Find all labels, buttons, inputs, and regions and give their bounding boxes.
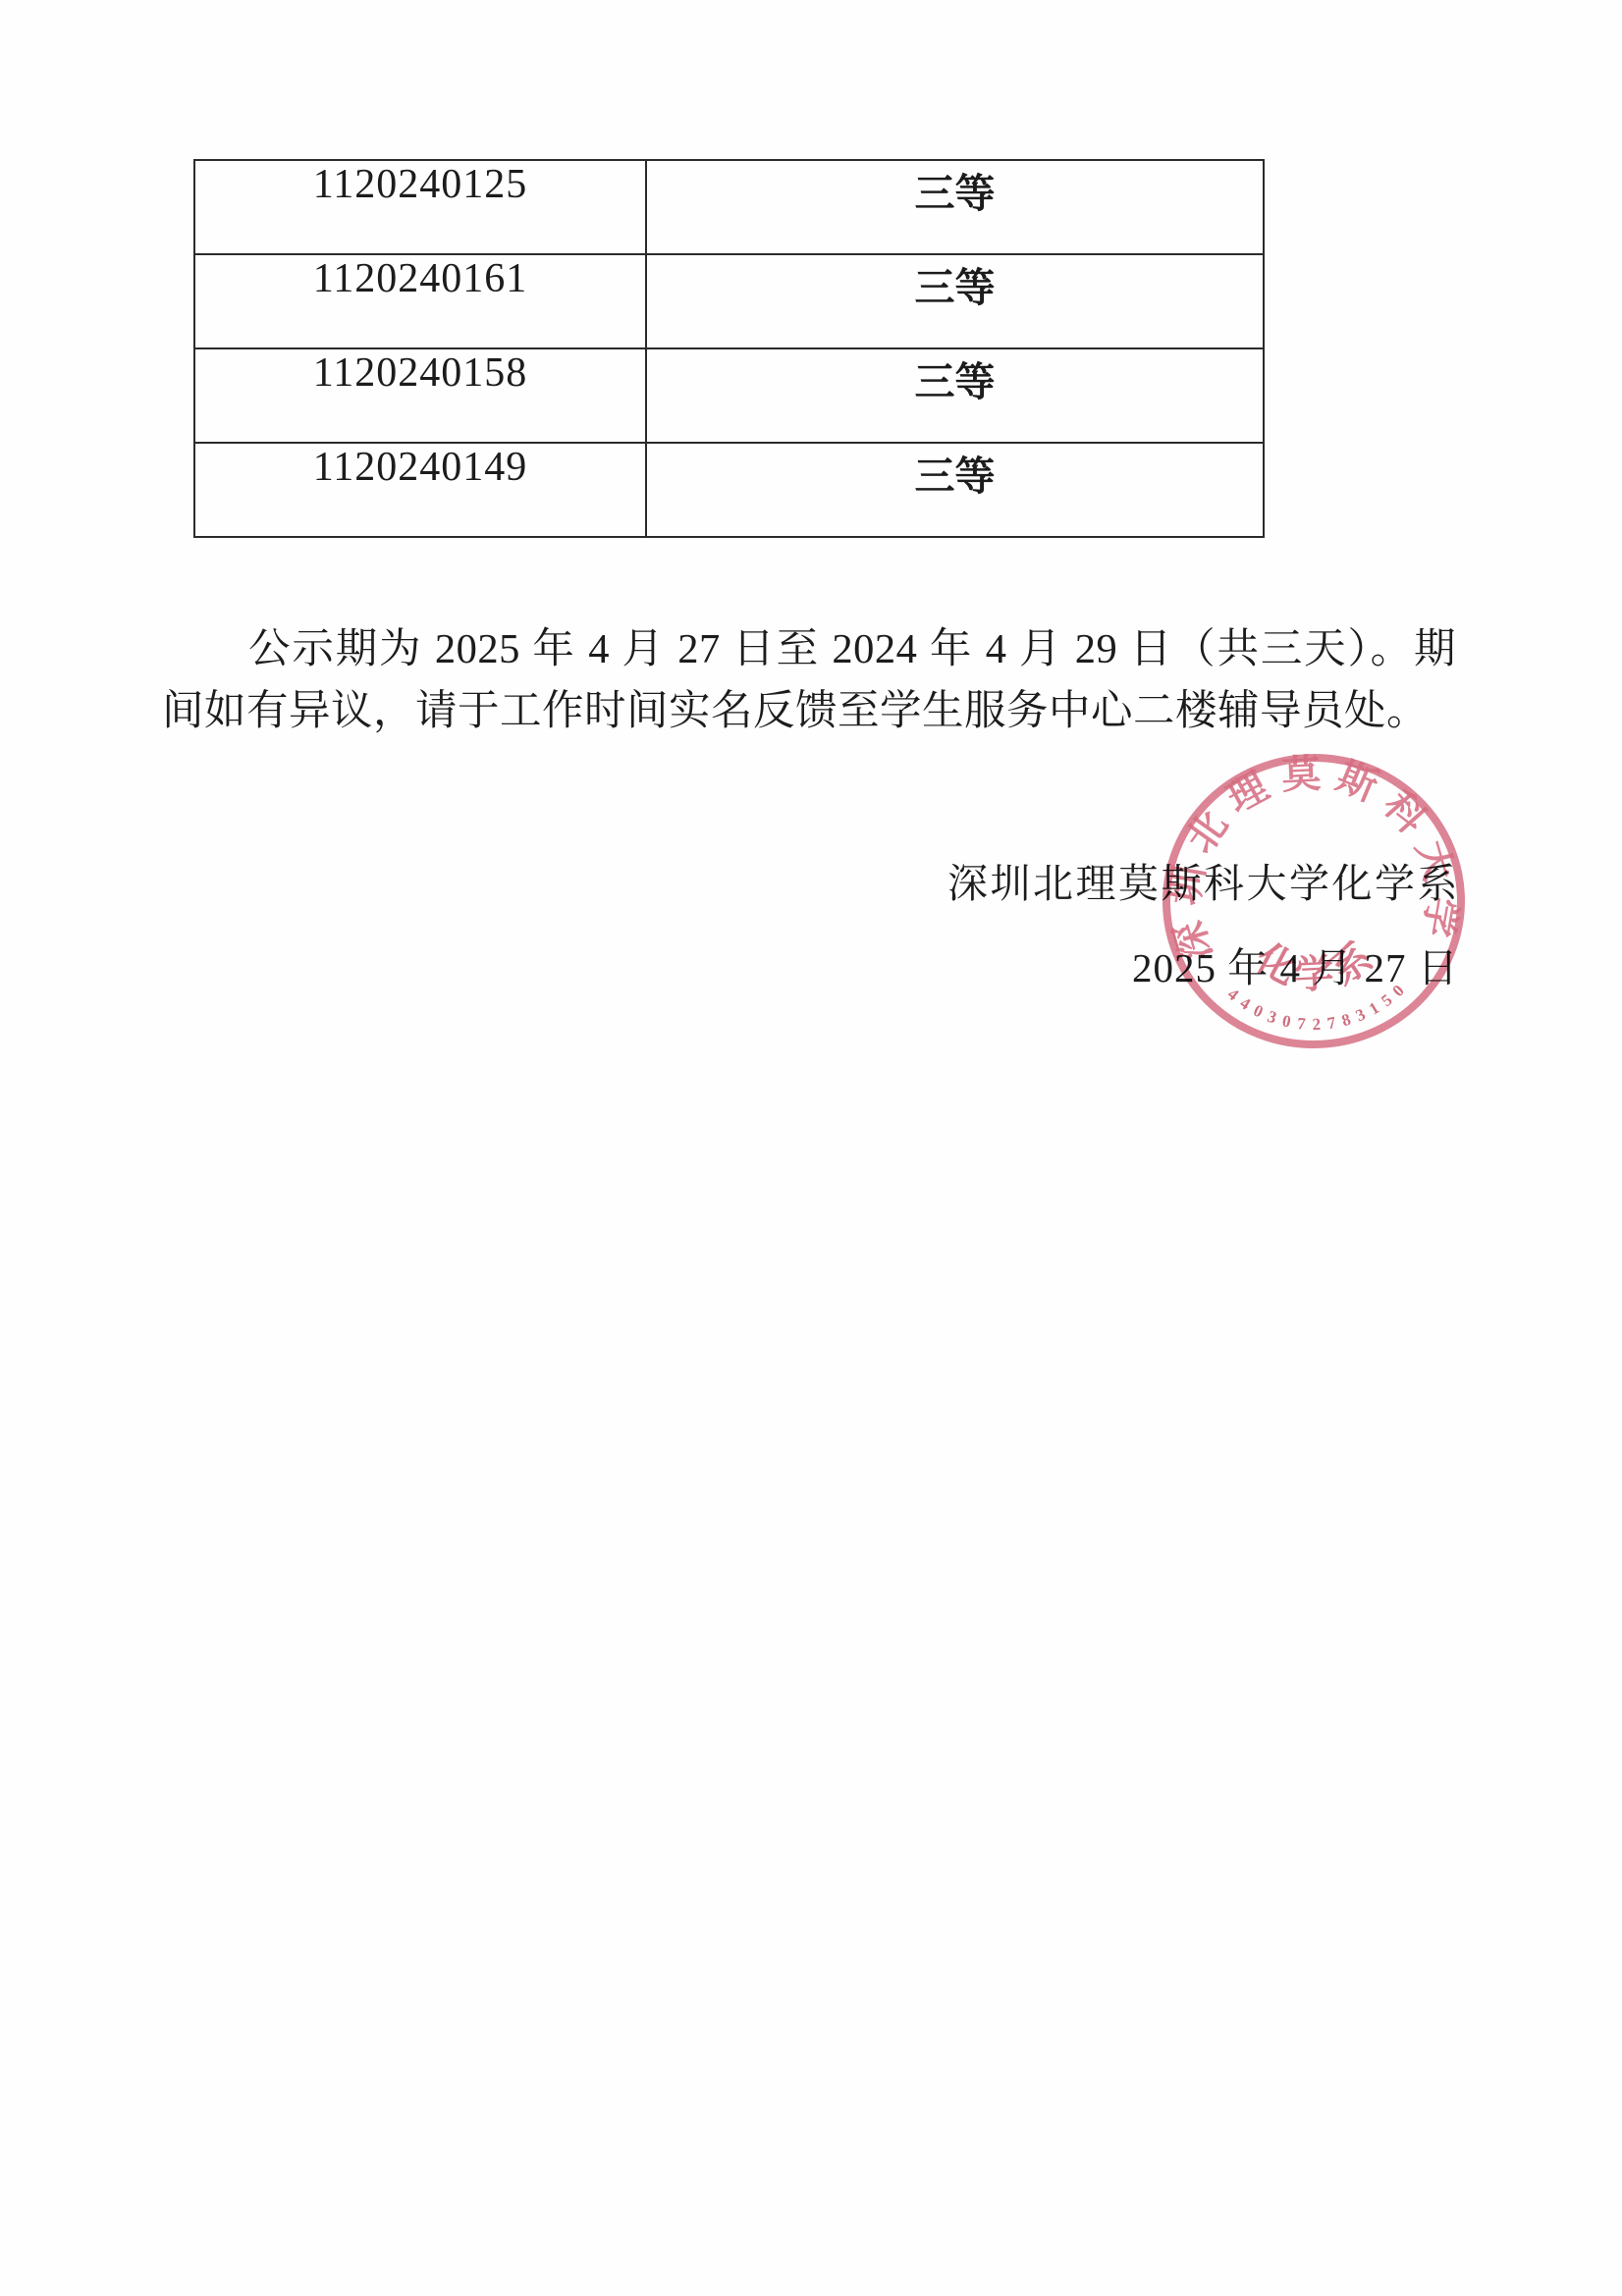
notice-line-1: 公示期为 2025 年 4 月 27 日至 2024 年 4 月 29 日（共三… — [162, 618, 1456, 680]
official-seal-stamp: 深圳北理莫斯科大学 化学系 4403072783150 — [1144, 736, 1484, 1067]
table-row: 1120240161 三等 — [194, 254, 1264, 348]
table-row: 1120240125 三等 — [194, 160, 1264, 254]
seal-ring-text: 深圳北理莫斯科大学 — [1155, 744, 1468, 967]
grade-cell: 三等 — [646, 443, 1264, 537]
grade-cell: 三等 — [646, 254, 1264, 348]
table-row: 1120240158 三等 — [194, 348, 1264, 443]
student-id-cell: 1120240149 — [194, 443, 646, 537]
grade-table: 1120240125 三等 1120240161 三等 1120240158 三… — [193, 159, 1265, 538]
student-id-cell: 1120240125 — [194, 160, 646, 254]
grade-table-body: 1120240125 三等 1120240161 三等 1120240158 三… — [194, 160, 1264, 537]
seal-center-text: 化学系 — [1246, 929, 1387, 999]
grade-cell: 三等 — [646, 160, 1264, 254]
document-page: 1120240125 三等 1120240161 三等 1120240158 三… — [0, 0, 1622, 2296]
student-id-cell: 1120240158 — [194, 348, 646, 443]
table-row: 1120240149 三等 — [194, 443, 1264, 537]
grade-cell: 三等 — [646, 348, 1264, 443]
notice-paragraph: 公示期为 2025 年 4 月 27 日至 2024 年 4 月 29 日（共三… — [162, 618, 1456, 742]
notice-line-2: 间如有异议，请于工作时间实名反馈至学生服务中心二楼辅导员处。 — [162, 680, 1456, 742]
student-id-cell: 1120240161 — [194, 254, 646, 348]
